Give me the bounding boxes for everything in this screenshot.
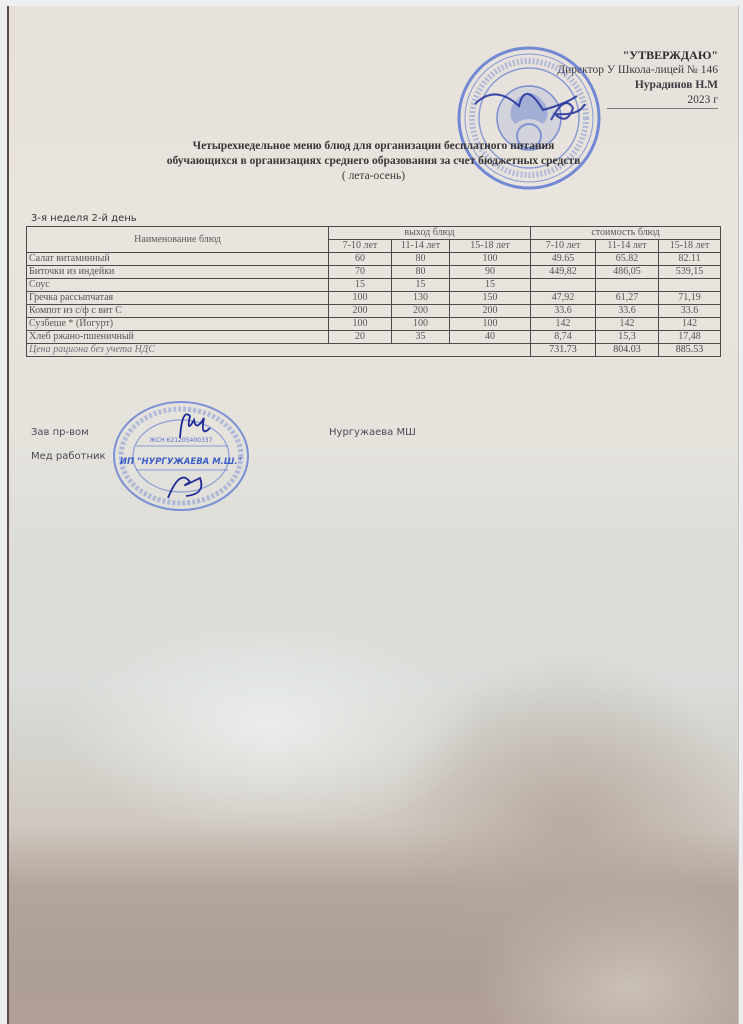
dish-yield: 200 [329,305,392,318]
header-cost-age: 11-14 лет [596,240,659,253]
dish-name: Сузбеше * (Йогурт) [27,318,329,331]
dish-cost: 47,92 [531,292,596,305]
total-row: Цена рациона без учета НДС731.73804.0388… [27,344,721,357]
dish-cost: 486,05 [596,266,659,279]
table-row: Салат витаминный608010049.6565.8282.11 [27,253,721,266]
dish-name: Компот из с/ф с вит С [27,305,329,318]
total-cost: 731.73 [531,344,596,357]
dish-yield: 80 [392,266,450,279]
dish-yield: 20 [329,331,392,344]
approval-position: Директор У Школа-лицей № 146 [557,63,718,78]
dish-yield: 100 [450,253,531,266]
table-row: Сузбеше * (Йогурт)100100100142142142 [27,318,721,331]
table-row: Хлеб ржано-пшеничный2035408,7415,317,48 [27,331,721,344]
total-cost: 804.03 [596,344,659,357]
dish-yield: 200 [450,305,531,318]
dish-cost: 142 [531,318,596,331]
dish-cost: 33.6 [659,305,721,318]
dish-cost: 49.65 [531,253,596,266]
table-row: Компот из с/ф с вит С20020020033.633.633… [27,305,721,318]
ip-stamp-id: ЖСН 621205400337 [150,437,213,444]
dish-yield: 100 [450,318,531,331]
dish-yield: 90 [450,266,531,279]
header-yield: выход блюд [329,227,531,240]
dish-cost: 539,15 [659,266,721,279]
table-row: Биточки из индейки708090449,82486,05539,… [27,266,721,279]
ip-seal-icon: ИП "НУРГУЖАЕВА М.Ш." ЖСН 621205400337 [110,398,252,514]
dish-cost: 17,48 [659,331,721,344]
dish-cost [596,279,659,292]
dish-yield: 15 [450,279,531,292]
header-cost-age: 15-18 лет [659,240,721,253]
dish-cost: 142 [596,318,659,331]
header-cost-age: 7-10 лет [531,240,596,253]
approval-title: "УТВЕРЖДАЮ" [557,48,718,63]
document-heading: Четырехнедельное меню блюд для организац… [9,139,738,184]
head-of-production-label: Зав пр-вом [31,427,89,438]
heading-season: ( лета-осень) [9,169,738,184]
total-label: Цена рациона без учета НДС [27,344,531,357]
medical-worker-label: Мед работник [31,451,106,462]
header-yield-age: 7-10 лет [329,240,392,253]
dish-cost: 142 [659,318,721,331]
dish-yield: 100 [329,318,392,331]
dish-yield: 200 [392,305,450,318]
dish-cost: 33.6 [596,305,659,318]
dish-yield: 40 [450,331,531,344]
dish-cost: 61,27 [596,292,659,305]
table-row: Соус151515 [27,279,721,292]
menu-table: Наименование блюд выход блюд стоимость б… [26,226,721,357]
dish-name: Гречка рассыпчатая [27,292,329,305]
dish-cost: 65.82 [596,253,659,266]
dish-cost [531,279,596,292]
head-of-production-name: Нургужаева МШ [329,427,416,438]
dish-cost: 82.11 [659,253,721,266]
dish-name: Соус [27,279,329,292]
dish-name: Хлеб ржано-пшеничный [27,331,329,344]
dish-yield: 100 [392,318,450,331]
approval-name: Нурадинов Н.М [557,78,718,93]
heading-line-1: Четырехнедельное меню блюд для организац… [9,139,738,154]
dish-yield: 150 [450,292,531,305]
header-yield-age: 11-14 лет [392,240,450,253]
dish-name: Салат витаминный [27,253,329,266]
approval-block: "УТВЕРЖДАЮ" Директор У Школа-лицей № 146… [557,48,718,109]
total-cost: 885.53 [659,344,721,357]
header-yield-age: 15-18 лет [450,240,531,253]
dish-name: Биточки из индейки [27,266,329,279]
dish-yield: 35 [392,331,450,344]
dish-yield: 130 [392,292,450,305]
dish-cost: 15,3 [596,331,659,344]
dish-yield: 80 [392,253,450,266]
dish-yield: 15 [392,279,450,292]
approval-date: 2023 г [607,93,718,109]
week-day-label: 3-я неделя 2-й день [31,213,137,224]
dish-cost [659,279,721,292]
table-row: Гречка рассыпчатая10013015047,9261,2771,… [27,292,721,305]
heading-line-2: обучающихся в организациях среднего обра… [9,154,738,169]
header-dish-name: Наименование блюд [27,227,329,253]
ip-stamp-text: ИП "НУРГУЖАЕВА М.Ш." [120,457,242,467]
dish-cost: 449,82 [531,266,596,279]
dish-yield: 100 [329,292,392,305]
document-page: "УТВЕРЖДАЮ" Директор У Школа-лицей № 146… [7,6,738,1024]
header-cost: стоимость блюд [531,227,721,240]
dish-cost: 71,19 [659,292,721,305]
dish-cost: 8,74 [531,331,596,344]
dish-cost: 33.6 [531,305,596,318]
dish-yield: 70 [329,266,392,279]
dish-yield: 60 [329,253,392,266]
dish-yield: 15 [329,279,392,292]
